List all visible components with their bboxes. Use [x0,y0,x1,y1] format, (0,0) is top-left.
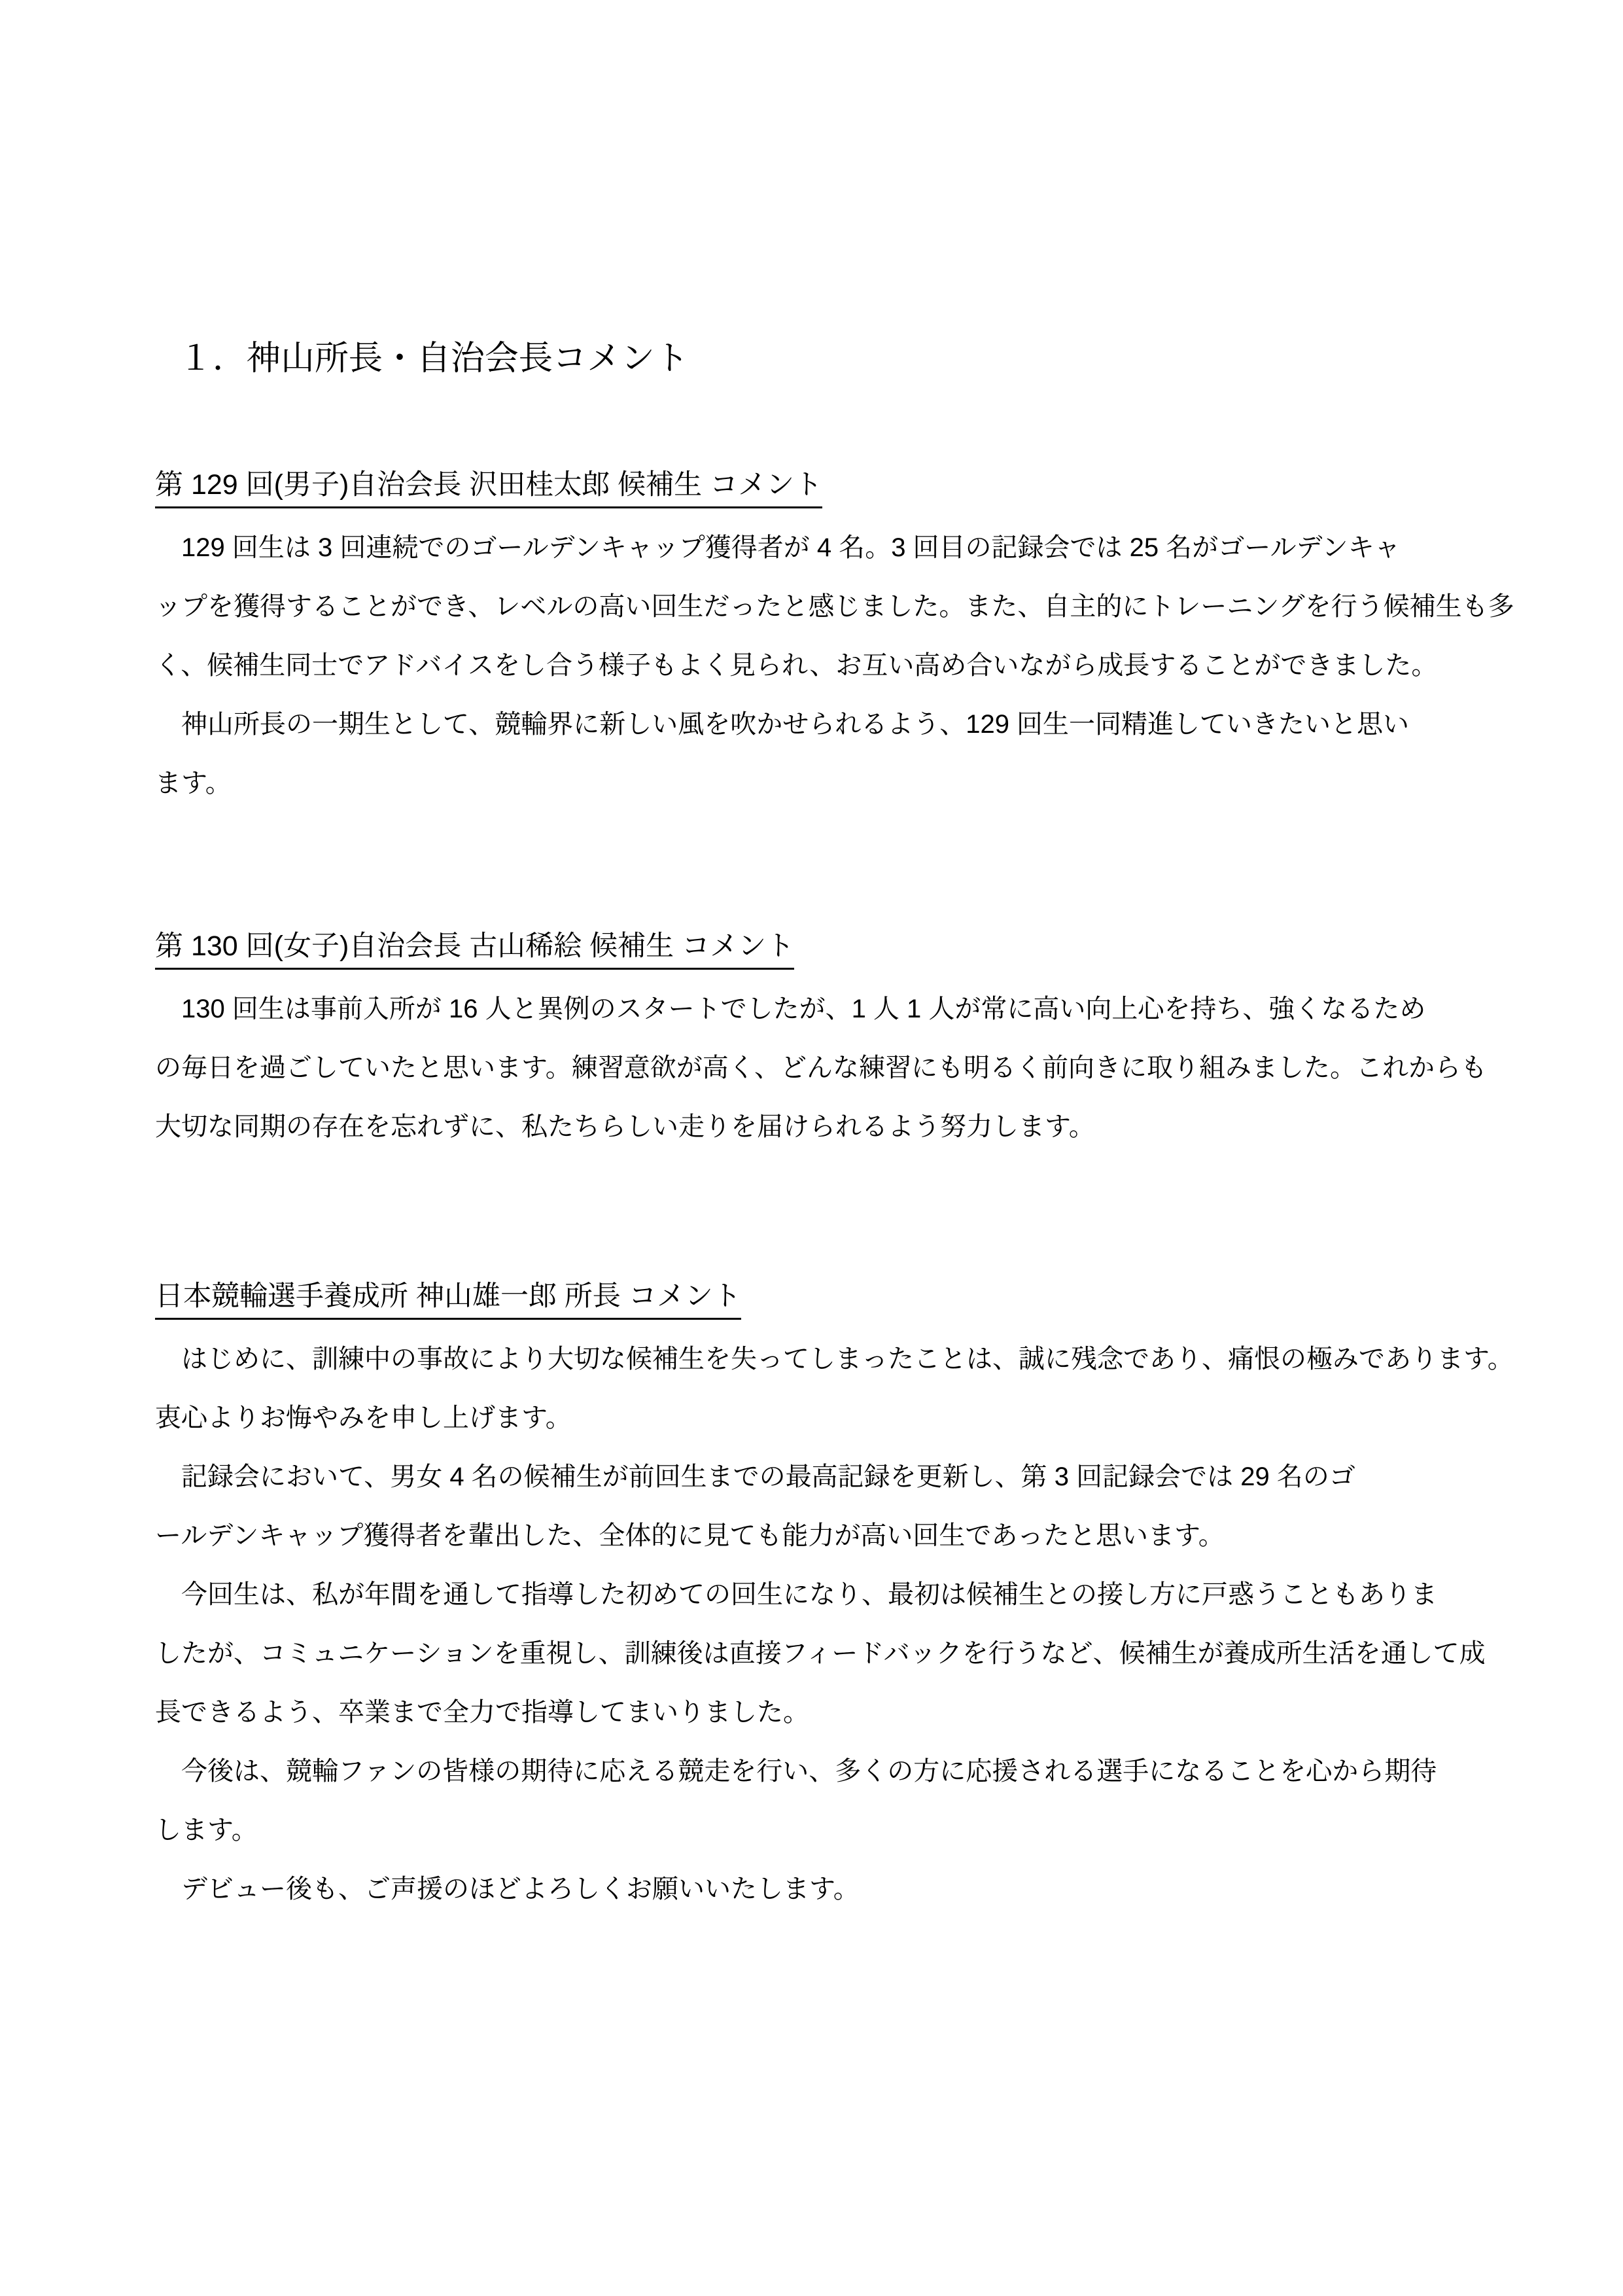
text-line: 今後は、競輪ファンの皆様の期待に応える競走を行い、多くの方に応援される選手になる… [155,1742,1473,1801]
text-line: 記録会において、男女 4 名の候補生が前回生までの最高記録を更新し、第 3 回記… [155,1447,1473,1506]
section-body: 130 回生は事前入所が 16 人と異例のスタートでしたが、1 人 1 人が常に… [155,980,1473,1156]
section-body: 129 回生は 3 回連続でのゴールデンキャップ獲得者が 4 名。3 回目の記録… [155,518,1473,813]
text-line: 大切な同期の存在を忘れずに、私たちらしい走りを届けられるよう努力します。 [155,1097,1473,1156]
section-129-mens-chairman: 第 129 回(男子)自治会長 沢田桂太郎 候補生 コメント 129 回生は 3… [155,379,1473,813]
paragraph: 130 回生は事前入所が 16 人と異例のスタートでしたが、1 人 1 人が常に… [155,980,1473,1156]
paragraph: デビュー後も、ご声援のほどよろしくお願いいたします。 [155,1860,1473,1918]
paragraph: 今回生は、私が年間を通して指導した初めての回生になり、最初は候補生との接し方に戸… [155,1565,1473,1742]
section-heading-text: 第 130 回(女子)自治会長 古山稀絵 候補生 コメント [155,929,794,970]
section-heading: 第 129 回(男子)自治会長 沢田桂太郎 候補生 コメント [155,379,1473,508]
document-page: １．神山所長・自治会長コメント 第 129 回(男子)自治会長 沢田桂太郎 候補… [0,0,1623,2296]
section-heading: 日本競輪選手養成所 神山雄一郎 所長 コメント [155,1156,1473,1320]
paragraph: 神山所長の一期生として、競輪界に新しい風を吹かせられるよう、129 回生一同精進… [155,695,1473,813]
text-line: ます。 [155,754,1473,813]
section-heading: 第 130 回(女子)自治会長 古山稀絵 候補生 コメント [155,813,1473,970]
text-line: はじめに、訓練中の事故により大切な候補生を失ってしまったことは、誠に残念であり、… [155,1330,1473,1388]
text-line: 129 回生は 3 回連続でのゴールデンキャップ獲得者が 4 名。3 回目の記録… [155,518,1473,577]
paragraph: 記録会において、男女 4 名の候補生が前回生までの最高記録を更新し、第 3 回記… [155,1447,1473,1565]
section-130-womens-chairman: 第 130 回(女子)自治会長 古山稀絵 候補生 コメント 130 回生は事前入… [155,813,1473,1156]
section-director-kamiyama: 日本競輪選手養成所 神山雄一郎 所長 コメント はじめに、訓練中の事故により大切… [155,1156,1473,1918]
paragraph: はじめに、訓練中の事故により大切な候補生を失ってしまったことは、誠に残念であり、… [155,1330,1473,1447]
text-line: 神山所長の一期生として、競輪界に新しい風を吹かせられるよう、129 回生一同精進… [155,695,1473,754]
paragraph: 129 回生は 3 回連続でのゴールデンキャップ獲得者が 4 名。3 回目の記録… [155,518,1473,695]
text-line: ップを獲得することができ、レベルの高い回生だったと感じました。また、自主的にトレ… [155,577,1473,636]
paragraph: 今後は、競輪ファンの皆様の期待に応える競走を行い、多くの方に応援される選手になる… [155,1742,1473,1860]
text-line: く、候補生同士でアドバイスをし合う様子もよく見られ、お互い高め合いながら成長する… [155,636,1473,695]
section-body: はじめに、訓練中の事故により大切な候補生を失ってしまったことは、誠に残念であり、… [155,1330,1473,1918]
section-heading-text: 日本競輪選手養成所 神山雄一郎 所長 コメント [155,1279,741,1320]
text-line: 衷心よりお悔やみを申し上げます。 [155,1388,1473,1447]
page-title: １．神山所長・自治会長コメント [155,0,1473,379]
text-line: 130 回生は事前入所が 16 人と異例のスタートでしたが、1 人 1 人が常に… [155,980,1473,1038]
section-heading-text: 第 129 回(男子)自治会長 沢田桂太郎 候補生 コメント [155,468,822,508]
text-line: します。 [155,1801,1473,1860]
text-line: ールデンキャップ獲得者を輩出した、全体的に見ても能力が高い回生であったと思います… [155,1506,1473,1565]
text-line: の毎日を過ごしていたと思います。練習意欲が高く、どんな練習にも明るく前向きに取り… [155,1038,1473,1097]
text-line: 長できるよう、卒業まで全力で指導してまいりました。 [155,1683,1473,1742]
text-line: デビュー後も、ご声援のほどよろしくお願いいたします。 [155,1860,1473,1918]
text-line: 今回生は、私が年間を通して指導した初めての回生になり、最初は候補生との接し方に戸… [155,1565,1473,1624]
document-content: １．神山所長・自治会長コメント 第 129 回(男子)自治会長 沢田桂太郎 候補… [0,0,1623,1918]
text-line: したが、コミュニケーションを重視し、訓練後は直接フィードバックを行うなど、候補生… [155,1624,1473,1683]
